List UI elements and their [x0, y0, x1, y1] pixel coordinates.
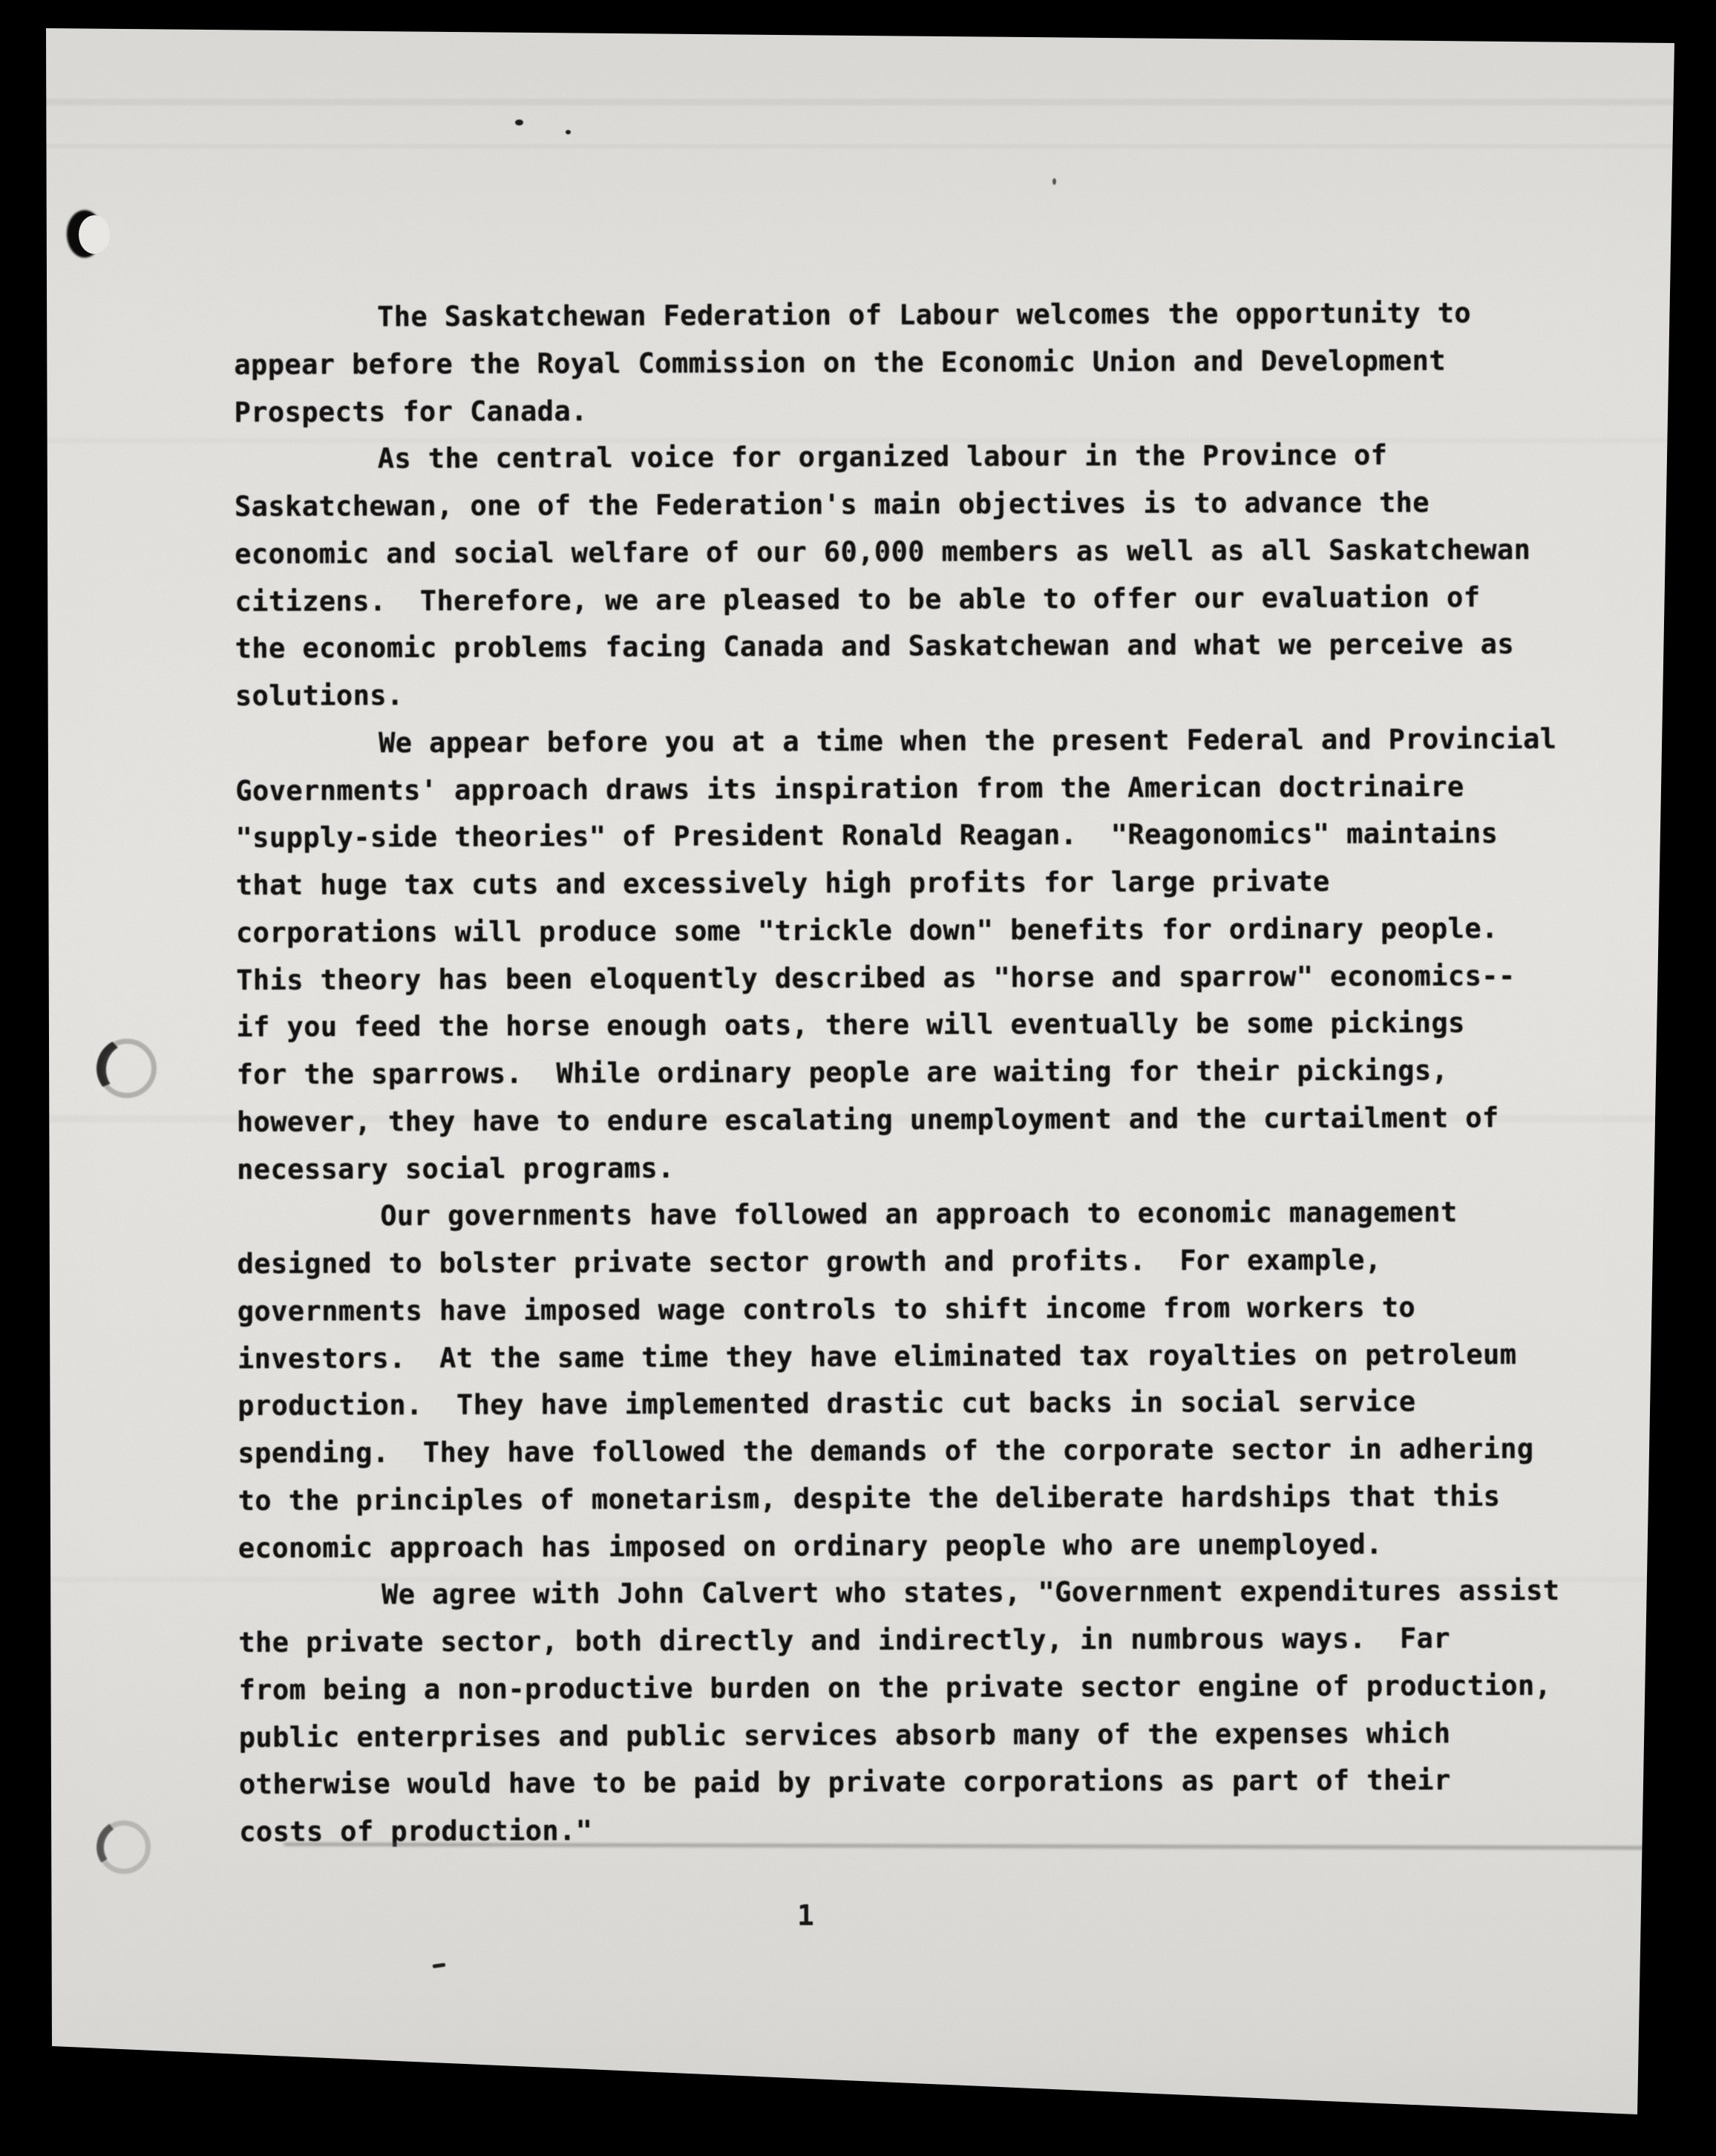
document-page: The Saskatchewan Federation of Labour we… [0, 0, 1716, 2156]
scan-background: The Saskatchewan Federation of Labour we… [0, 0, 1716, 2156]
paper-edge-shadow [0, 0, 1716, 2156]
